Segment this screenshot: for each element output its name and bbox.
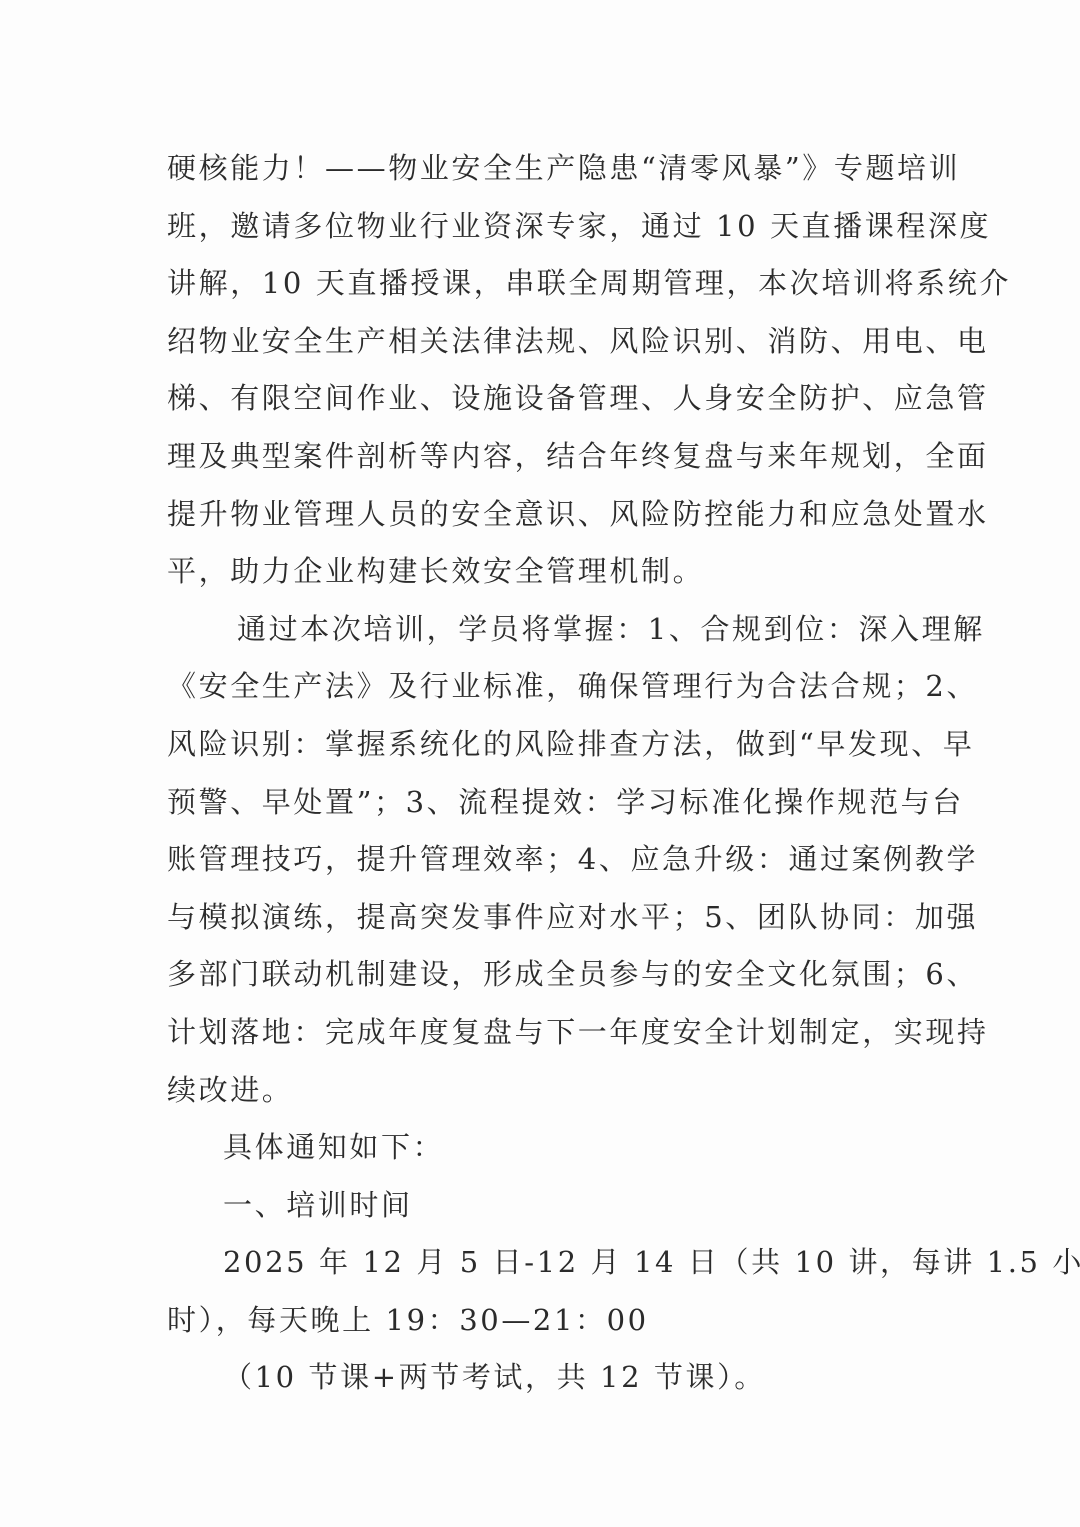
text-line: 多部门联动机制建设，形成全员参与的安全文化氛围；6、	[167, 946, 919, 1004]
outcomes-paragraph: 通过本次培训，学员将掌握：1、合规到位：深入理解 《安全生产法》及行业标准，确保…	[167, 601, 919, 1119]
intro-paragraph: 硬核能力！——物业安全生产隐患“清零风暴”》专题培训 班，邀请多位物业行业资深专…	[167, 140, 919, 601]
text-line: 风险识别：掌握系统化的风险排查方法，做到“早发现、早	[167, 716, 919, 774]
text-line: 提升物业管理人员的安全意识、风险防控能力和应急处置水	[167, 486, 919, 544]
text-line: 账管理技巧，提升管理效率；4、应急升级：通过案例教学	[167, 831, 919, 889]
notice-intro: 具体通知如下：	[167, 1119, 919, 1177]
text-line: 梯、有限空间作业、设施设备管理、人身安全防护、应急管	[167, 370, 919, 428]
text-line: 绍物业安全生产相关法律法规、风险识别、消防、用电、电	[167, 313, 919, 371]
text-line: 《安全生产法》及行业标准，确保管理行为合法合规；2、	[167, 658, 919, 716]
text-line: 通过本次培训，学员将掌握：1、合规到位：深入理解	[167, 601, 919, 659]
text-line: 2025 年 12 月 5 日-12 月 14 日（共 10 讲，每讲 1.5 …	[167, 1234, 919, 1292]
text-line: 理及典型案件剖析等内容，结合年终复盘与来年规划，全面	[167, 428, 919, 486]
text-line: 讲解，10 天直播授课，串联全周期管理，本次培训将系统介	[167, 255, 919, 313]
text-line: 计划落地：完成年度复盘与下一年度安全计划制定，实现持	[167, 1004, 919, 1062]
text-line: 硬核能力！——物业安全生产隐患“清零风暴”》专题培训	[167, 140, 919, 198]
text-line: 班，邀请多位物业行业资深专家，通过 10 天直播课程深度	[167, 198, 919, 256]
text-line: 平，助力企业构建长效安全管理机制。	[167, 543, 919, 601]
section-heading: 一、培训时间	[167, 1177, 919, 1235]
text-line: 续改进。	[167, 1062, 919, 1120]
document-page: 硬核能力！——物业安全生产隐患“清零风暴”》专题培训 班，邀请多位物业行业资深专…	[0, 0, 1080, 1527]
text-line: 预警、早处置”；3、流程提效：学习标准化操作规范与台	[167, 774, 919, 832]
document-body: 硬核能力！——物业安全生产隐患“清零风暴”》专题培训 班，邀请多位物业行业资深专…	[167, 140, 919, 1407]
section-training-time: 一、培训时间 2025 年 12 月 5 日-12 月 14 日（共 10 讲，…	[167, 1177, 919, 1407]
text-line: 与模拟演练，提高突发事件应对水平；5、团队协同：加强	[167, 889, 919, 947]
text-line: 时），每天晚上 19：30—21：00	[167, 1292, 919, 1350]
section-note: （10 节课+两节考试，共 12 节课）。	[167, 1349, 919, 1407]
